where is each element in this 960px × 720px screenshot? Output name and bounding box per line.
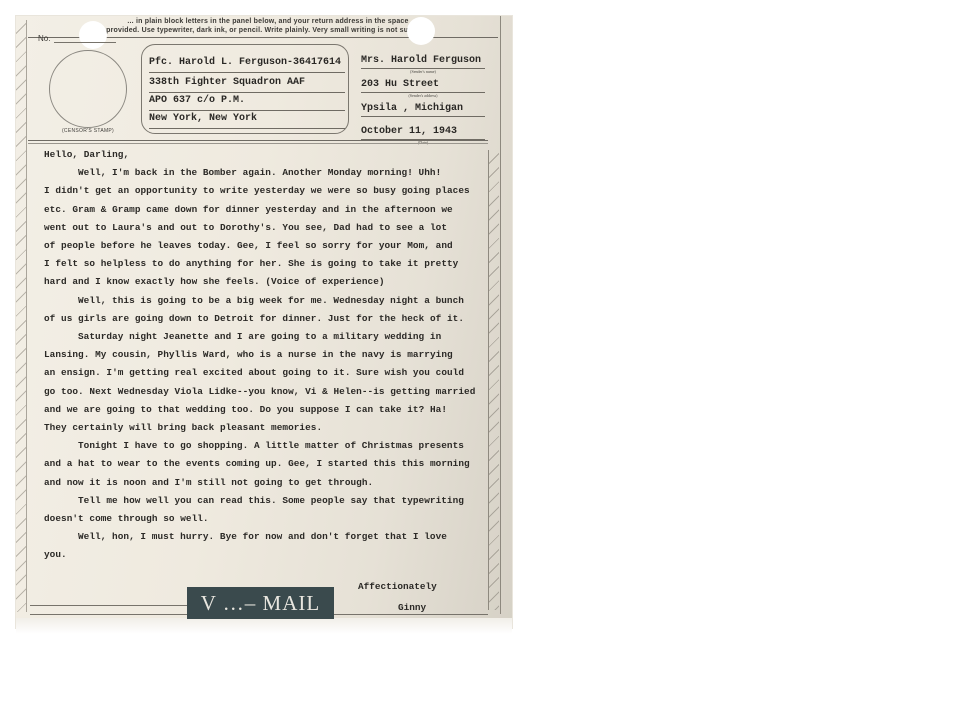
punch-hole-left: [79, 21, 107, 49]
sender-address-caption: (Sender's address): [361, 93, 485, 98]
left-hatched-border: [16, 20, 27, 612]
sheet-bottom-fade: [16, 618, 512, 634]
letter-closing: Affectionately: [358, 581, 437, 592]
letter-lines: Well, I'm back in the Bomber again. Anot…: [44, 164, 496, 564]
footer-rule-1: [30, 605, 188, 606]
letter-signature: Ginny: [398, 602, 426, 613]
letter-line: Saturday night Jeanette and I are going …: [44, 328, 496, 346]
censor-stamp-label: (CENSOR'S STAMP): [48, 128, 128, 134]
number-label: No.: [38, 34, 50, 43]
letter-line: Well, this is going to be a big week for…: [44, 292, 496, 310]
recipient-line-3: APO 637 c/o P.M.: [149, 92, 345, 111]
letter-body: Hello, Darling, Well, I'm back in the Bo…: [44, 146, 496, 565]
letter-line: I felt so helpless to do anything for he…: [44, 255, 496, 273]
header-bottom-rule-2: [28, 143, 488, 144]
letter-line: Lansing. My cousin, Phyllis Ward, who is…: [44, 346, 496, 364]
sender-city: Ypsila , Michigan: [361, 102, 485, 117]
letter-line: hard and I know exactly how she feels. (…: [44, 273, 496, 291]
letter-line: Well, hon, I must hurry. Bye for now and…: [44, 528, 496, 546]
letter-line: Tell me how well you can read this. Some…: [44, 492, 496, 510]
vmail-logo: V …– MAIL: [187, 587, 334, 619]
letter-line: etc. Gram & Gramp came down for dinner y…: [44, 201, 496, 219]
letter-line: you.: [44, 546, 496, 564]
letter-line: and a hat to wear to the events coming u…: [44, 455, 496, 473]
letter-line: I didn't get an opportunity to write yes…: [44, 182, 496, 200]
letter-line: an ensign. I'm getting real excited abou…: [44, 364, 496, 382]
letter-line: They certainly will bring back pleasant …: [44, 419, 496, 437]
letter-date: October 11, 1943: [361, 125, 485, 140]
recipient-line-2: 338th Fighter Squadron AAF: [149, 74, 345, 93]
letter-line: and we are going to that wedding too. Do…: [44, 401, 496, 419]
sender-name: Mrs. Harold Ferguson: [361, 54, 485, 69]
sender-name-caption: (Sender's name): [361, 69, 485, 74]
letter-line: doesn't come through so well.: [44, 510, 496, 528]
letter-line: of people before he leaves today. Gee, I…: [44, 237, 496, 255]
recipient-line-1: Pfc. Harold L. Ferguson-36417614: [149, 54, 345, 73]
letter-line: went out to Laura's and out to Dorothy's…: [44, 219, 496, 237]
letter-line: of us girls are going down to Detroit fo…: [44, 310, 496, 328]
letter-greeting: Hello, Darling,: [44, 146, 496, 164]
censor-stamp-circle: [49, 50, 127, 128]
sheet-right-edge: [500, 16, 501, 614]
header-bottom-rule: [28, 140, 488, 141]
punch-hole-right: [407, 17, 435, 45]
recipient-line-4: New York, New York: [149, 110, 345, 129]
number-line: [54, 42, 116, 43]
letter-line: and now it is noon and I'm still not goi…: [44, 474, 496, 492]
sender-street: 203 Hu Street: [361, 78, 485, 93]
letter-line: Tonight I have to go shopping. A little …: [44, 437, 496, 455]
letter-line: Well, I'm back in the Bomber again. Anot…: [44, 164, 496, 182]
letter-line: go too. Next Wednesday Viola Lidke--you …: [44, 383, 496, 401]
